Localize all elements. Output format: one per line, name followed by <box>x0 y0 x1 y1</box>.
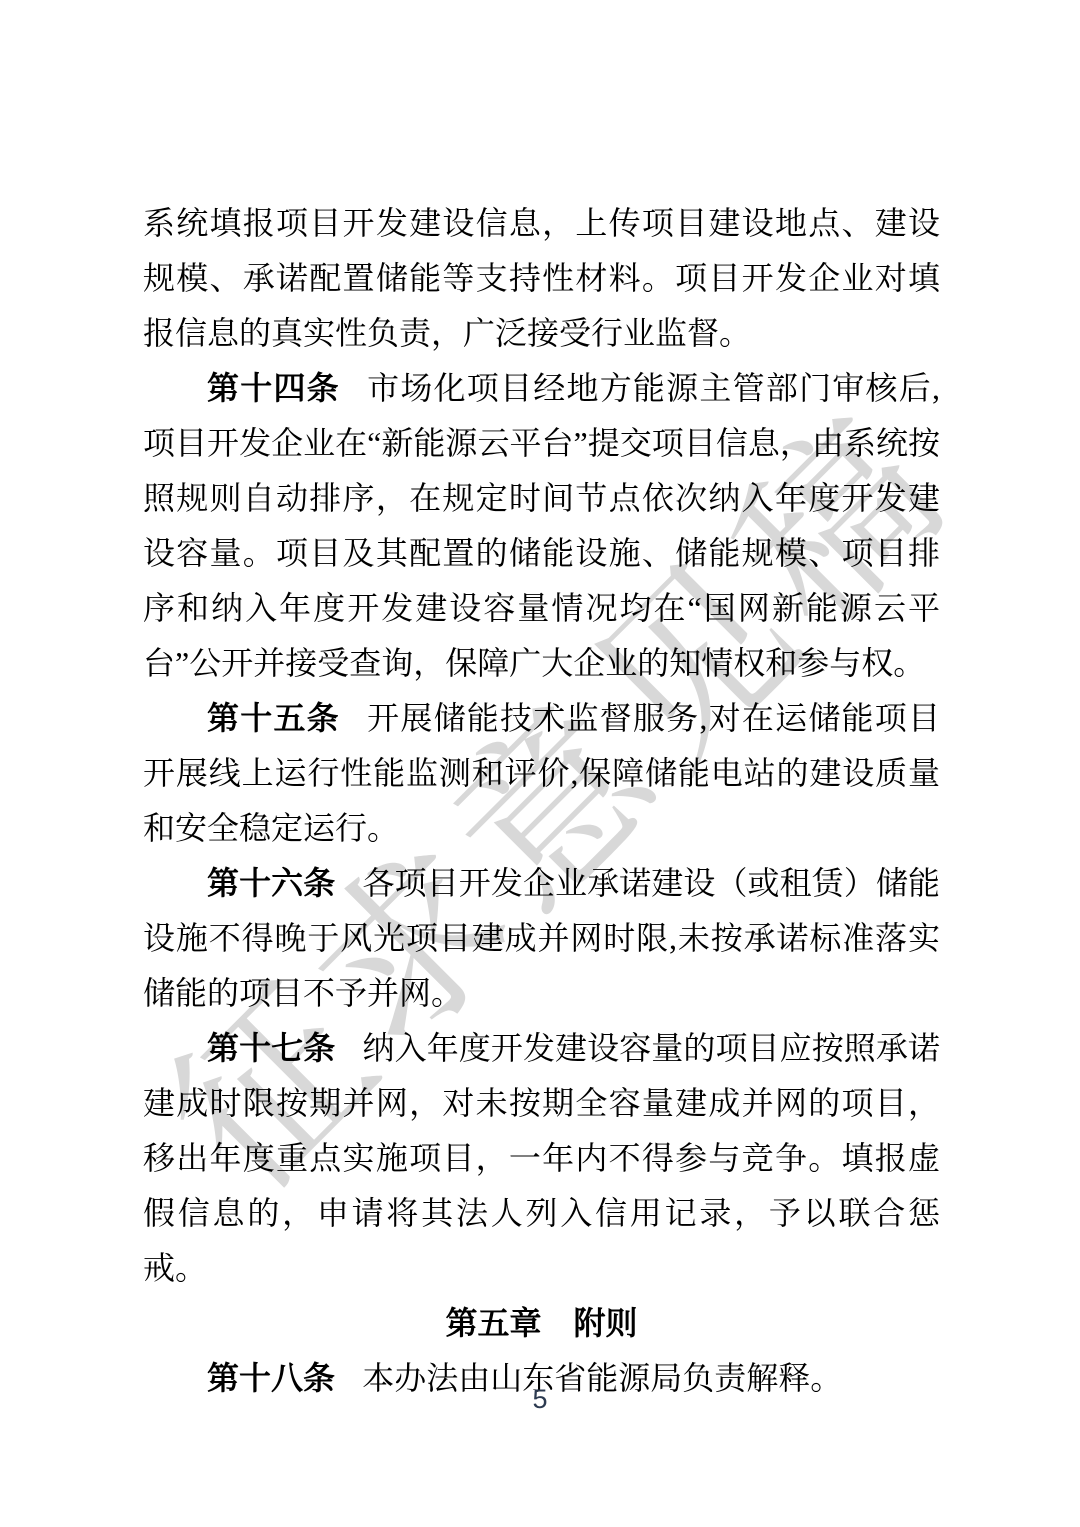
paragraph-continuation: 系统填报项目开发建设信息，上传项目建设地点、建设规模、承诺配置储能等支持性材料。… <box>143 196 940 361</box>
article-15-number: 第十五条 <box>207 700 340 736</box>
article-14-paragraph: 第十四条市场化项目经地方能源主管部门审核后,项目开发企业在“新能源云平台”提交项… <box>143 361 940 691</box>
article-17-text: 纳入年度开发建设容量的项目应按照承诺建成时限按期并网，对未按期全容量建成并网的项… <box>143 1030 940 1286</box>
document-content: 系统填报项目开发建设信息，上传项目建设地点、建设规模、承诺配置储能等支持性材料。… <box>143 196 940 1406</box>
article-15-paragraph: 第十五条开展储能技术监督服务,对在运储能项目开展线上运行性能监测和评价,保障储能… <box>143 691 940 856</box>
article-17-paragraph: 第十七条纳入年度开发建设容量的项目应按照承诺建成时限按期并网，对未按期全容量建成… <box>143 1021 940 1296</box>
page-number: 5 <box>0 1383 1080 1415</box>
article-17-number: 第十七条 <box>207 1030 335 1066</box>
chapter-5-heading: 第五章 附则 <box>143 1296 940 1351</box>
article-14-number: 第十四条 <box>207 370 340 406</box>
article-16-number: 第十六条 <box>207 865 335 901</box>
article-14-text: 市场化项目经地方能源主管部门审核后,项目开发企业在“新能源云平台”提交项目信息，… <box>143 370 940 681</box>
document-page: 征求意见稿 系统填报项目开发建设信息，上传项目建设地点、建设规模、承诺配置储能等… <box>0 0 1080 1527</box>
article-16-paragraph: 第十六条各项目开发企业承诺建设（或租赁）储能设施不得晚于风光项目建成并网时限,未… <box>143 856 940 1021</box>
